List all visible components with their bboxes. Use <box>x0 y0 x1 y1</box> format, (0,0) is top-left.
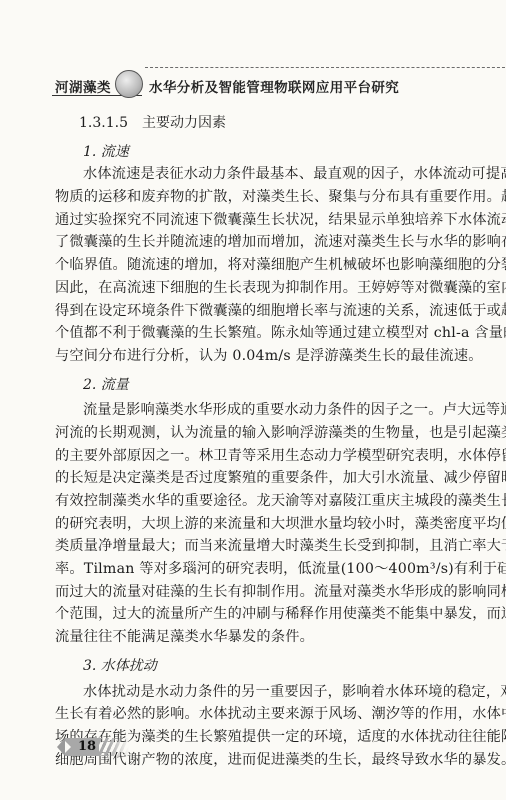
arrow-left-icon <box>57 738 65 756</box>
page-number-badge: 18 <box>57 738 127 756</box>
text-line: 的研究表明，大坝上游的来流量和大坝泄水量均较小时，藻类密度平均值和藻 <box>55 513 491 536</box>
text-line: 得到在设定环境条件下微囊藻的细胞增长率与流速的关系，流速低于或超过某 <box>55 300 491 323</box>
text-line: 的长短是决定藻类是否过度繁殖的重要条件，加大引水流量、减少停留时间是 <box>55 467 491 490</box>
header-book-title: 水华分析及智能管理物联网应用平台研究 <box>149 76 399 96</box>
text-line: 了微囊藻的生长并随流速的增加而增加，流速对藻类生长与水华的影响存在一 <box>55 231 491 254</box>
text-line: 个值都不利于微囊藻的生长繁殖。陈永灿等通过建立模型对 chl-a 含量的时间 <box>55 322 491 345</box>
subsection-heading-discharge: 2. 流量 <box>55 374 491 397</box>
text-line: 个范围，过大的流量所产生的冲刷与稀释作用使藻类不能集中暴发，而过小的 <box>55 603 491 626</box>
text-line: 率。Tilman 等对多瑙河的研究表明，低流量(100～400m³/s)有利于硅… <box>55 558 491 581</box>
sphere-icon <box>115 70 143 98</box>
badge-notch <box>65 741 71 753</box>
text-line: 个临界值。随流速的增加，将对藻细胞产生机械破坏也影响藻细胞的分裂速率， <box>55 254 491 277</box>
paragraph-disturbance: 水体扰动是水动力条件的另一重要因子，影响着水体环境的稳定，对藻类 生长有着必然的… <box>55 681 491 772</box>
text-line: 流量往往不能满足藻类水华暴发的条件。 <box>55 626 491 649</box>
section-heading: 1.3.1.5 主要动力因素 <box>55 112 491 135</box>
paragraph-velocity: 水体流速是表征水动力条件最基本、最直观的因子，水体流动可提高营养 物质的运移和废… <box>55 163 491 367</box>
text-line: 与空间分布进行分析，认为 0.04m/s 是浮游藻类生长的最佳流速。 <box>55 345 491 368</box>
header-series-title: 河湖藻类 <box>55 76 111 96</box>
text-line: 类质量净增量最大；而当来流量增大时藻类生长受到抑制，且消亡率大于生长 <box>55 535 491 558</box>
text-line: 的主要外部原因之一。林卫青等采用生态动力学模型研究表明，水体停留时间 <box>55 445 491 468</box>
subsection-heading-velocity: 1. 流速 <box>55 141 491 164</box>
text-line: 物质的运移和废弃物的扩散，对藻类生长、聚集与分布具有重要作用。赵颖等 <box>55 186 491 209</box>
page-body: 1.3.1.5 主要动力因素 1. 流速 水体流速是表征水动力条件最基本、最直观… <box>55 112 491 771</box>
paragraph-discharge: 流量是影响藻类水华形成的重要水动力条件的因子之一。卢大远等通过对 河流的长期观测… <box>55 399 491 649</box>
text-line: 水体扰动是水动力条件的另一重要因子，影响着水体环境的稳定，对藻类 <box>55 681 491 704</box>
section-title: 1.3.1.5 主要动力因素 <box>79 115 226 131</box>
running-header: 河湖藻类 水华分析及智能管理物联网应用平台研究 <box>55 66 505 96</box>
text-line: 水体流速是表征水动力条件最基本、最直观的因子，水体流动可提高营养 <box>55 163 491 186</box>
text-line: 通过实验探究不同流速下微囊藻生长状况，结果显示单独培养下水体流动提高 <box>55 209 491 232</box>
text-line: 流量是影响藻类水华形成的重要水动力条件的因子之一。卢大远等通过对 <box>55 399 491 422</box>
header-dashed-rule <box>145 67 506 68</box>
stripes-decoration <box>99 738 129 756</box>
text-line: 生长有着必然的影响。水体扰动主要来源于风场、潮汐等的作用，水体中扰动 <box>55 703 491 726</box>
subsection-heading-disturbance: 3. 水体扰动 <box>55 655 491 678</box>
page-number: 18 <box>78 738 96 756</box>
text-line: 而过大的流量对硅藻的生长有抑制作用。流量对藻类水华形成的影响同样有一 <box>55 581 491 604</box>
text-line: 有效控制藻类水华的重要途径。龙天渝等对嘉陵江重庆主城段的藻类生长情况 <box>55 490 491 513</box>
text-line: 河流的长期观测，认为流量的输入影响浮游藻类的生物量，也是引起藻类水华 <box>55 422 491 445</box>
text-line: 因此，在高流速下细胞的生长表现为抑制作用。王婷婷等对微囊藻的室内实验 <box>55 277 491 300</box>
